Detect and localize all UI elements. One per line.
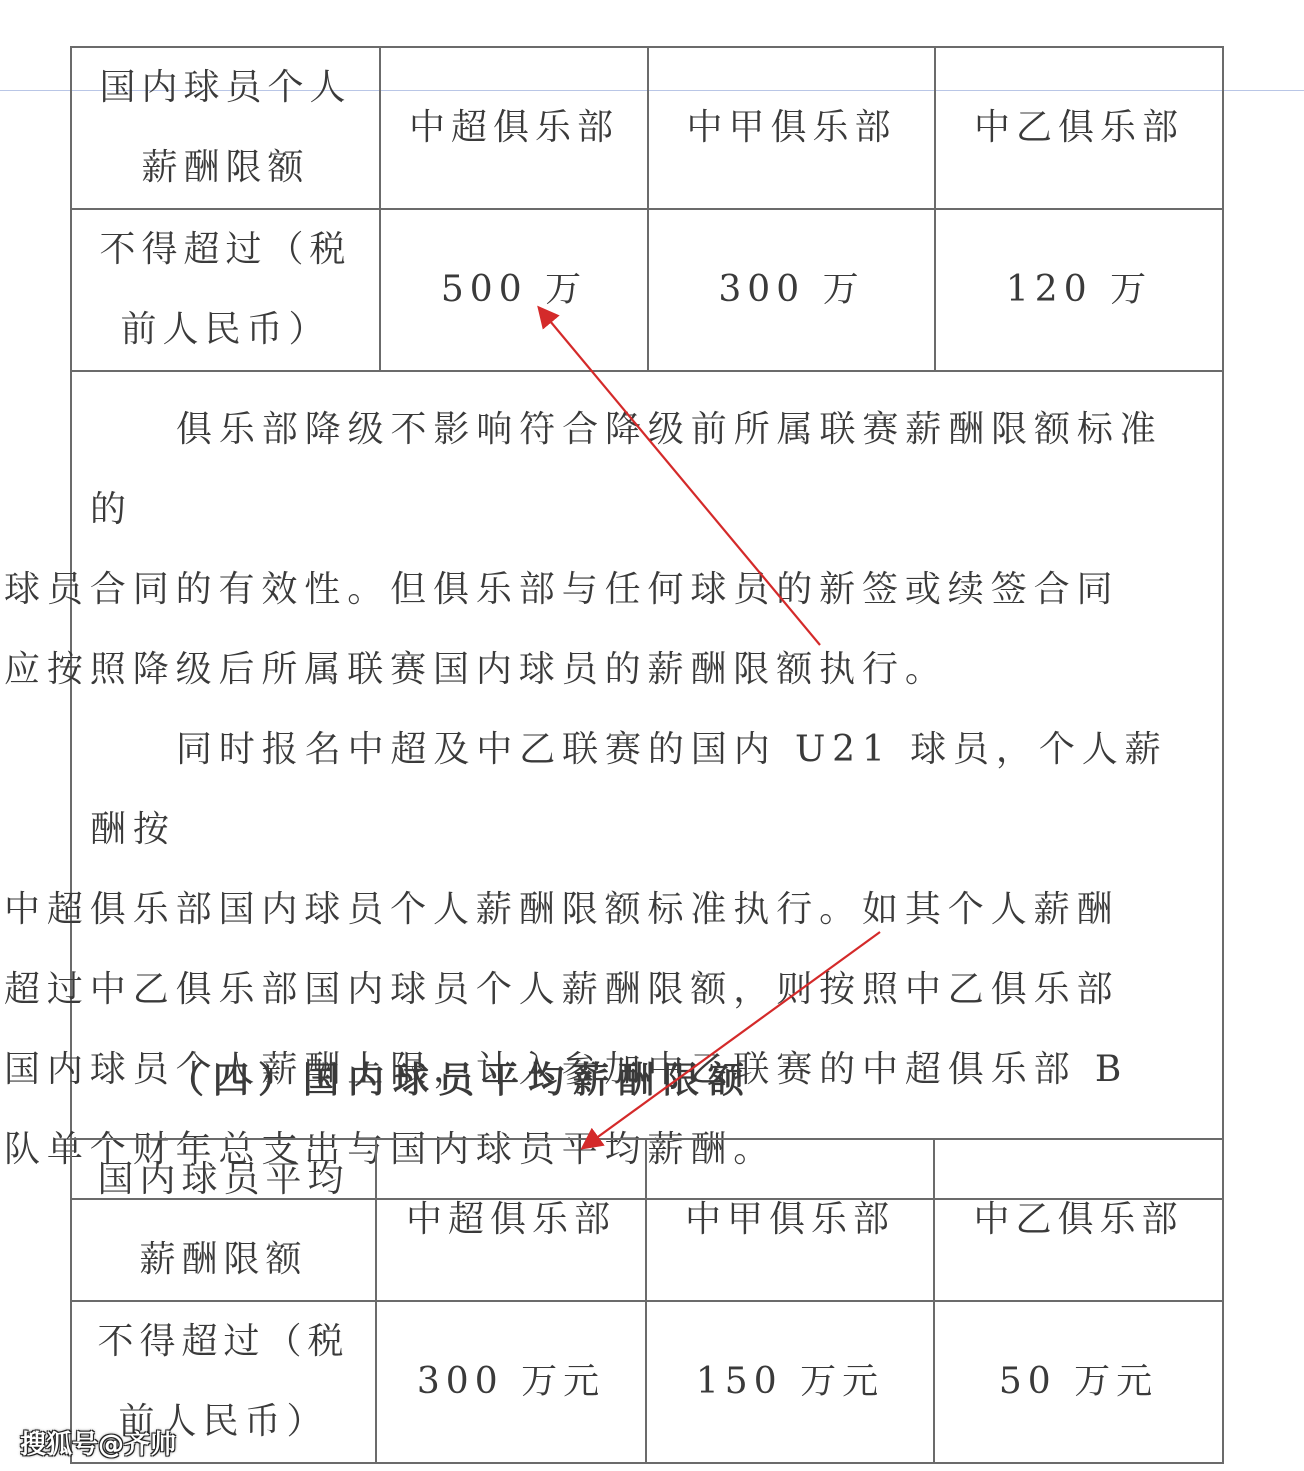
note-line: 超过中乙俱乐部国内球员个人薪酬限额，则按照中乙俱乐部 bbox=[4, 969, 1119, 1010]
row-label-line: 前人民币） bbox=[72, 290, 379, 370]
header-label-line: 薪酬限额 bbox=[72, 1220, 375, 1300]
average-salary-cap-table: 国内球员平均 薪酬限额 中超俱乐部 中甲俱乐部 中乙俱乐部 不得超过（税 前人民… bbox=[70, 1138, 1224, 1464]
note-line: 同时报名中超及中乙联赛的国内 U21 球员，个人薪酬按 bbox=[90, 729, 1168, 850]
row-header-label: 国内球员个人 薪酬限额 bbox=[71, 47, 380, 209]
table-row: 不得超过（税 前人民币） 300 万元 150 万元 50 万元 bbox=[71, 1301, 1223, 1463]
table-header-row: 国内球员平均 薪酬限额 中超俱乐部 中甲俱乐部 中乙俱乐部 bbox=[71, 1139, 1223, 1301]
note-paragraph-u21: 同时报名中超及中乙联赛的国内 U21 球员，个人薪酬按 中超俱乐部国内球员个人薪… bbox=[90, 710, 1204, 1190]
header-label-line: 薪酬限额 bbox=[72, 128, 379, 208]
column-header-csl: 中超俱乐部 bbox=[380, 47, 648, 209]
column-header-csl: 中超俱乐部 bbox=[376, 1139, 646, 1301]
row-header-label: 国内球员平均 薪酬限额 bbox=[71, 1139, 376, 1301]
watermark: 搜狐号@齐帅 bbox=[20, 1424, 176, 1461]
row-label-line: 不得超过（税 bbox=[72, 1302, 375, 1382]
table-row: 不得超过（税 前人民币） 500 万 300 万 120 万 bbox=[71, 209, 1223, 371]
column-header-china-league-one: 中甲俱乐部 bbox=[646, 1139, 934, 1301]
note-line: 中超俱乐部国内球员个人薪酬限额标准执行。如其个人薪酬 bbox=[4, 889, 1119, 930]
note-paragraph-relegation: 俱乐部降级不影响符合降级前所属联赛薪酬限额标准的 球员合同的有效性。但俱乐部与任… bbox=[90, 390, 1204, 710]
value-china-league-two: 120 万 bbox=[935, 209, 1223, 371]
row-label: 不得超过（税 前人民币） bbox=[71, 209, 380, 371]
value-china-league-one: 150 万元 bbox=[646, 1301, 934, 1463]
header-label-line: 国内球员平均 bbox=[72, 1140, 375, 1220]
note-line: 球员合同的有效性。但俱乐部与任何球员的新签或续签合同 bbox=[4, 569, 1119, 610]
individual-salary-cap-table: 国内球员个人 薪酬限额 中超俱乐部 中甲俱乐部 中乙俱乐部 不得超过（税 前人民… bbox=[70, 46, 1224, 1200]
table-header-row: 国内球员个人 薪酬限额 中超俱乐部 中甲俱乐部 中乙俱乐部 bbox=[71, 47, 1223, 209]
value-csl: 300 万元 bbox=[376, 1301, 646, 1463]
note-line: 俱乐部降级不影响符合降级前所属联赛薪酬限额标准的 bbox=[90, 409, 1163, 530]
value-china-league-one: 300 万 bbox=[648, 209, 935, 371]
section-heading: （四）国内球员平均薪酬限额 bbox=[168, 1052, 753, 1103]
column-header-china-league-one: 中甲俱乐部 bbox=[648, 47, 935, 209]
row-label-line: 不得超过（税 bbox=[72, 210, 379, 290]
note-line: 应按照降级后所属联赛国内球员的薪酬限额执行。 bbox=[4, 649, 948, 690]
header-label-line: 国内球员个人 bbox=[72, 48, 379, 128]
value-csl: 500 万 bbox=[380, 209, 648, 371]
column-header-china-league-two: 中乙俱乐部 bbox=[935, 47, 1223, 209]
column-header-china-league-two: 中乙俱乐部 bbox=[934, 1139, 1223, 1301]
value-china-league-two: 50 万元 bbox=[934, 1301, 1223, 1463]
